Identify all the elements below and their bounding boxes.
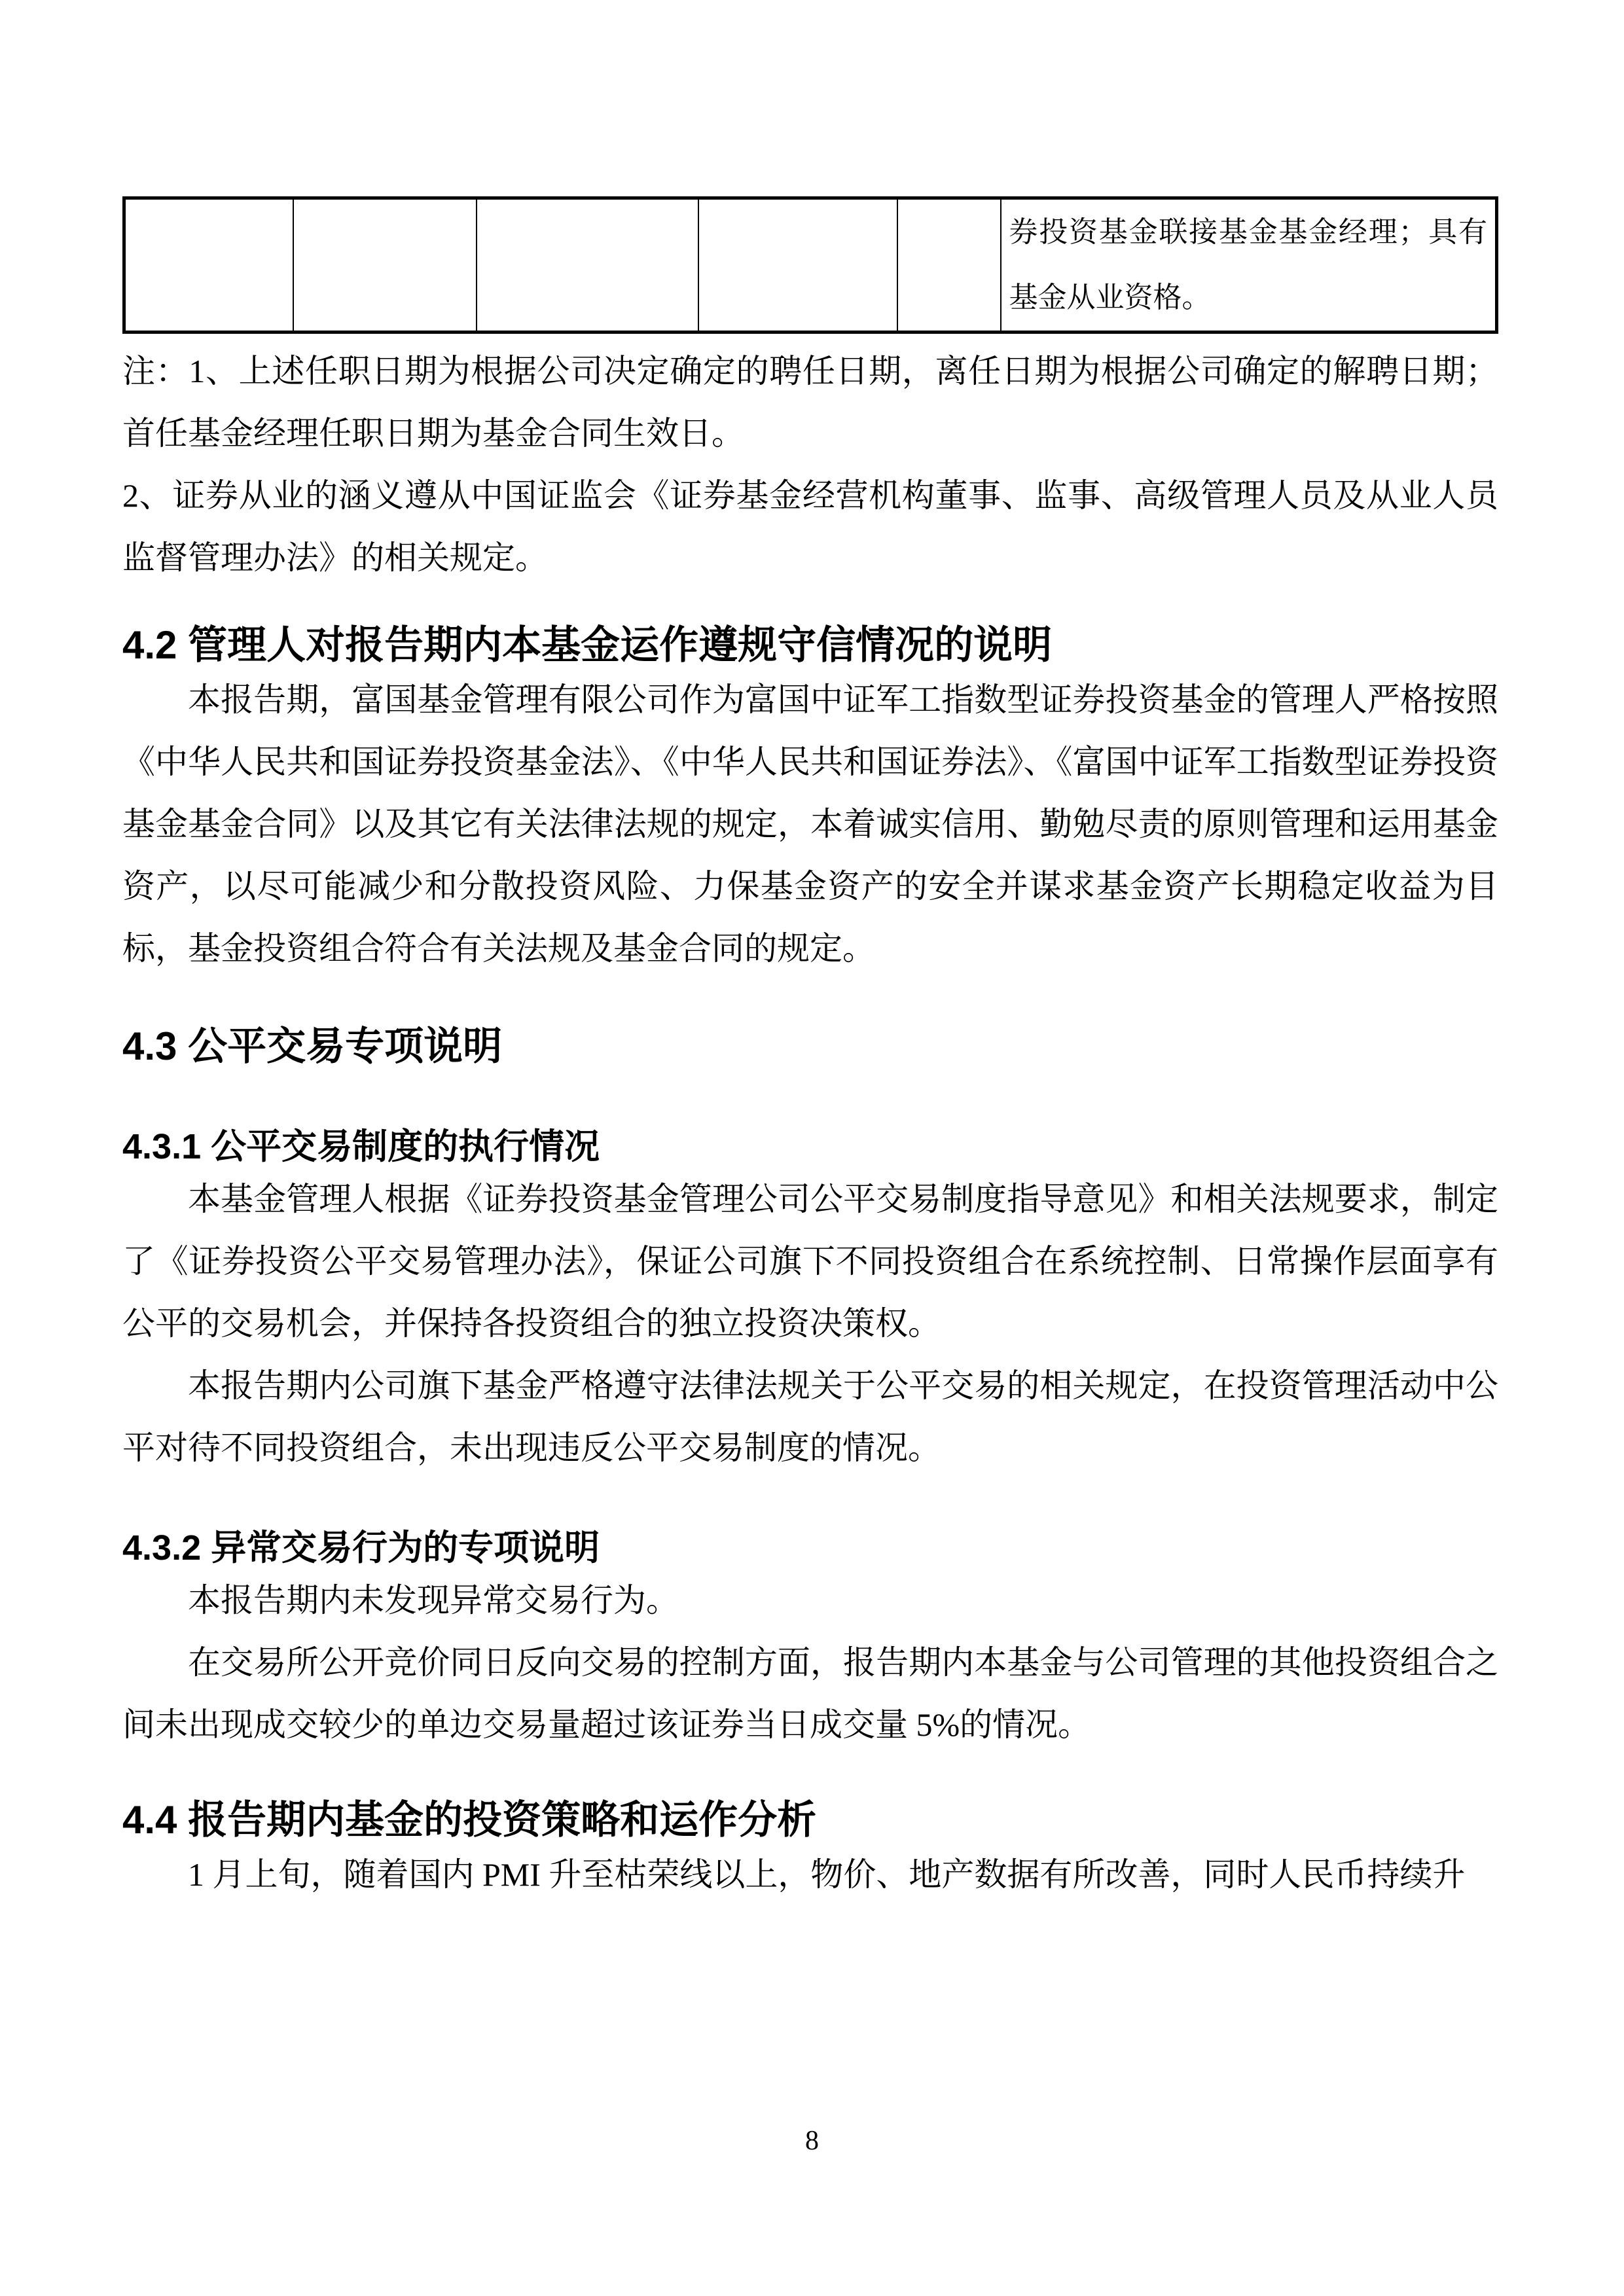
paragraph-4-3-1-b: 本报告期内公司旗下基金严格遵守法律法规关于公平交易的相关规定，在投资管理活动中公… xyxy=(122,1355,1498,1479)
table-cell-5 xyxy=(897,198,1001,332)
heading-4-4: 4.4 报告期内基金的投资策略和运作分析 xyxy=(122,1797,1498,1844)
heading-4-3-1: 4.3.1 公平交易制度的执行情况 xyxy=(122,1125,1498,1168)
heading-4-2: 4.2 管理人对报告期内本基金运作遵规守信情况的说明 xyxy=(122,622,1498,669)
paragraph-4-4: 1 月上旬，随着国内 PMI 升至枯荣线以上，物价、地产数据有所改善，同时人民币… xyxy=(122,1844,1498,1906)
table-cell-manager-bio: 券投资基金联接基金基金经理；具有基金从业资格。 xyxy=(1001,198,1497,332)
table-cell-4 xyxy=(698,198,897,332)
paragraph-4-3-2-b: 在交易所公开竞价同日反向交易的控制方面，报告期内本基金与公司管理的其他投资组合之… xyxy=(122,1632,1498,1756)
page-number: 8 xyxy=(0,2126,1624,2156)
document-page: { "page": { "number": "8" }, "table": { … xyxy=(0,0,1624,2296)
fund-manager-table-continuation: 券投资基金联接基金基金经理；具有基金从业资格。 xyxy=(122,196,1498,334)
note-2: 2、证券从业的涵义遵从中国证监会《证券基金经营机构董事、监事、高级管理人员及从业… xyxy=(122,465,1498,589)
table-cell-2 xyxy=(293,198,477,332)
table-cell-3 xyxy=(477,198,698,332)
paragraph-4-3-2-a: 本报告期内未发现异常交易行为。 xyxy=(122,1570,1498,1632)
heading-4-3-2: 4.3.2 异常交易行为的专项说明 xyxy=(122,1526,1498,1570)
table-cell-1 xyxy=(124,198,293,332)
paragraph-4-3-1-a: 本基金管理人根据《证券投资基金管理公司公平交易制度指导意见》和相关法规要求，制定… xyxy=(122,1168,1498,1355)
note-1: 注：1、上述任职日期为根据公司决定确定的聘任日期，离任日期为根据公司确定的解聘日… xyxy=(122,340,1498,465)
paragraph-4-2: 本报告期，富国基金管理有限公司作为富国中证军工指数型证券投资基金的管理人严格按照… xyxy=(122,669,1498,980)
heading-4-3: 4.3 公平交易专项说明 xyxy=(122,1023,1498,1070)
table-row: 券投资基金联接基金基金经理；具有基金从业资格。 xyxy=(124,198,1497,332)
table-notes: 注：1、上述任职日期为根据公司决定确定的聘任日期，离任日期为根据公司确定的解聘日… xyxy=(122,340,1498,589)
page-content: 券投资基金联接基金基金经理；具有基金从业资格。 注：1、上述任职日期为根据公司决… xyxy=(0,196,1624,1906)
